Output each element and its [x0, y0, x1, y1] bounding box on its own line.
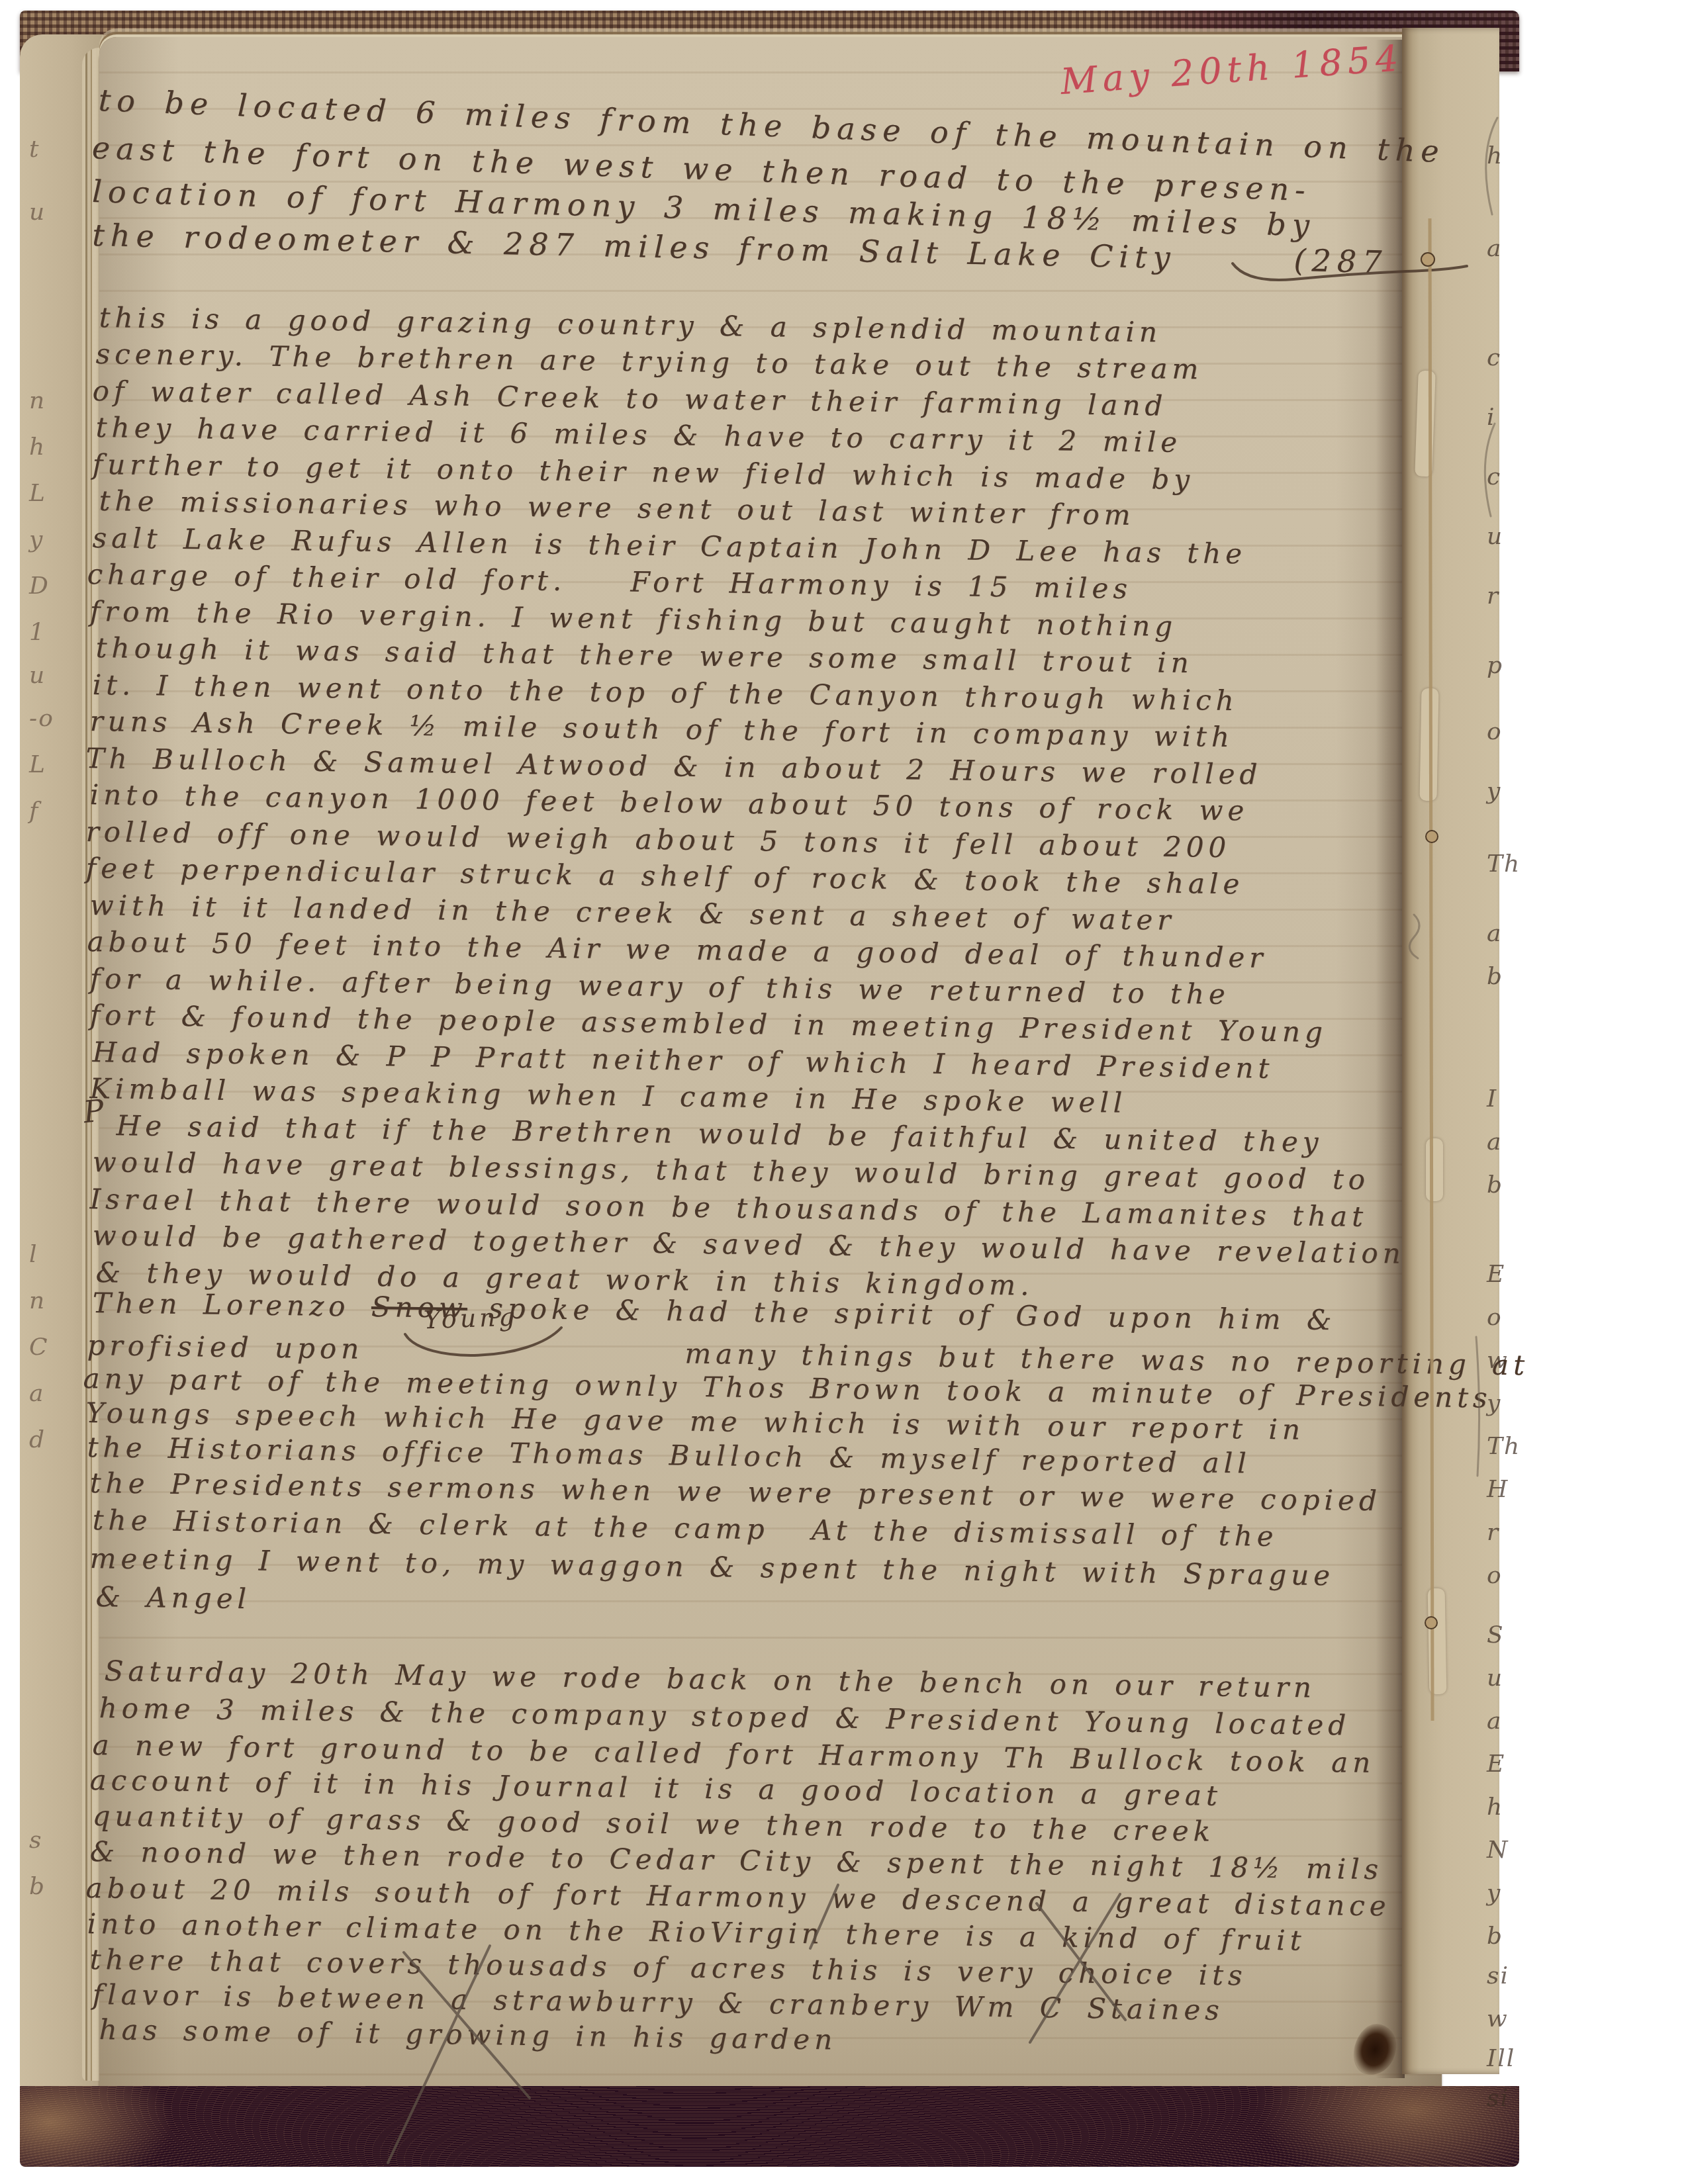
pencil-squiggle-mark [1409, 915, 1419, 958]
young-insertion-loop [405, 1328, 561, 1355]
ink-marks-overlay [0, 0, 1688, 2184]
crossout-x-right [1037, 1903, 1125, 2020]
stitch-knot [1425, 1617, 1437, 1629]
crossout-x-right [1030, 1894, 1120, 2042]
journal-scan-root: { "document": { "type": "handwritten jou… [0, 0, 1688, 2184]
pencil-arc-mark [1486, 118, 1497, 214]
pencil-line-mark [1476, 1337, 1479, 1476]
binding-thread [1421, 218, 1438, 1721]
crossout-x-left [404, 1952, 530, 2098]
crossout-x-left [388, 1946, 490, 2163]
stitch-knot [1426, 831, 1438, 842]
pencil-arc-mark [1485, 424, 1495, 516]
stitch-knot [1421, 253, 1434, 266]
underline-flourish [1233, 263, 1467, 280]
slash-mark [810, 1885, 838, 1948]
